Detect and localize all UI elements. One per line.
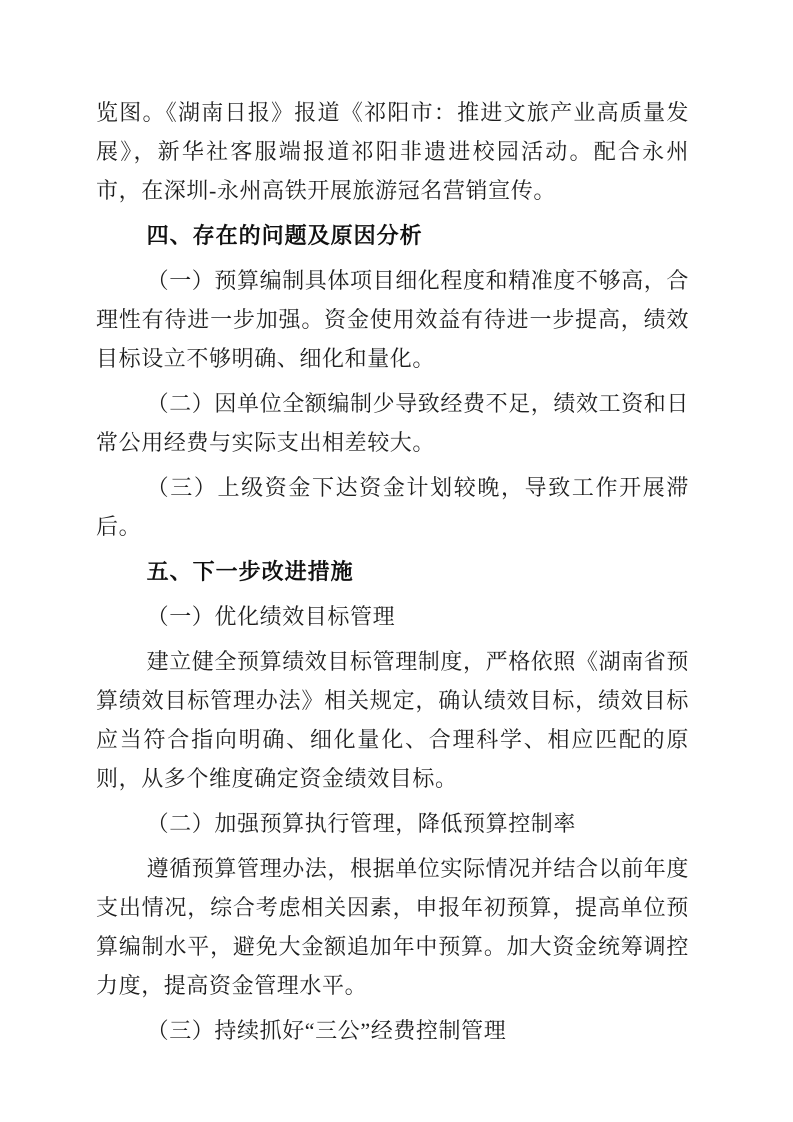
paragraph-problem-3: （三）上级资金下达资金计划较晚，导致工作开展滞后。: [96, 468, 689, 546]
document-page: 览图。《湖南日报》报道《祁阳市：推进文旅产业高质量发展》，新华社客服端报道祁阳非…: [0, 0, 793, 1122]
paragraph-problem-1: （一）预算编制具体项目细化程度和精准度不够高，合理性有待进一步加强。资金使用效益…: [96, 261, 689, 378]
document-text-block: 览图。《湖南日报》报道《祁阳市：推进文旅产业高质量发展》，新华社客服端报道祁阳非…: [96, 93, 689, 1056]
section-heading-improvement-measures: 五、下一步改进措施: [96, 552, 689, 591]
subheading-measure-2: （二）加强预算执行管理，降低预算控制率: [96, 804, 689, 843]
section-heading-problems-and-causes: 四、存在的问题及原因分析: [96, 216, 689, 255]
paragraph-measure-2-detail: 遵循预算管理办法，根据单位实际情况并结合以前年度支出情况，综合考虑相关因素，申报…: [96, 849, 689, 1005]
paragraph-measure-1-detail: 建立健全预算绩效目标管理制度，严格依照《湖南省预算绩效目标管理办法》相关规定，确…: [96, 642, 689, 798]
paragraph-media-publicity-continuation: 览图。《湖南日报》报道《祁阳市：推进文旅产业高质量发展》，新华社客服端报道祁阳非…: [96, 93, 689, 210]
subheading-measure-3: （三）持续抓好“三公”经费控制管理: [96, 1011, 689, 1050]
paragraph-problem-2: （二）因单位全额编制少导致经费不足，绩效工资和日常公用经费与实际支出相差较大。: [96, 384, 689, 462]
subheading-measure-1: （一）优化绩效目标管理: [96, 597, 689, 636]
